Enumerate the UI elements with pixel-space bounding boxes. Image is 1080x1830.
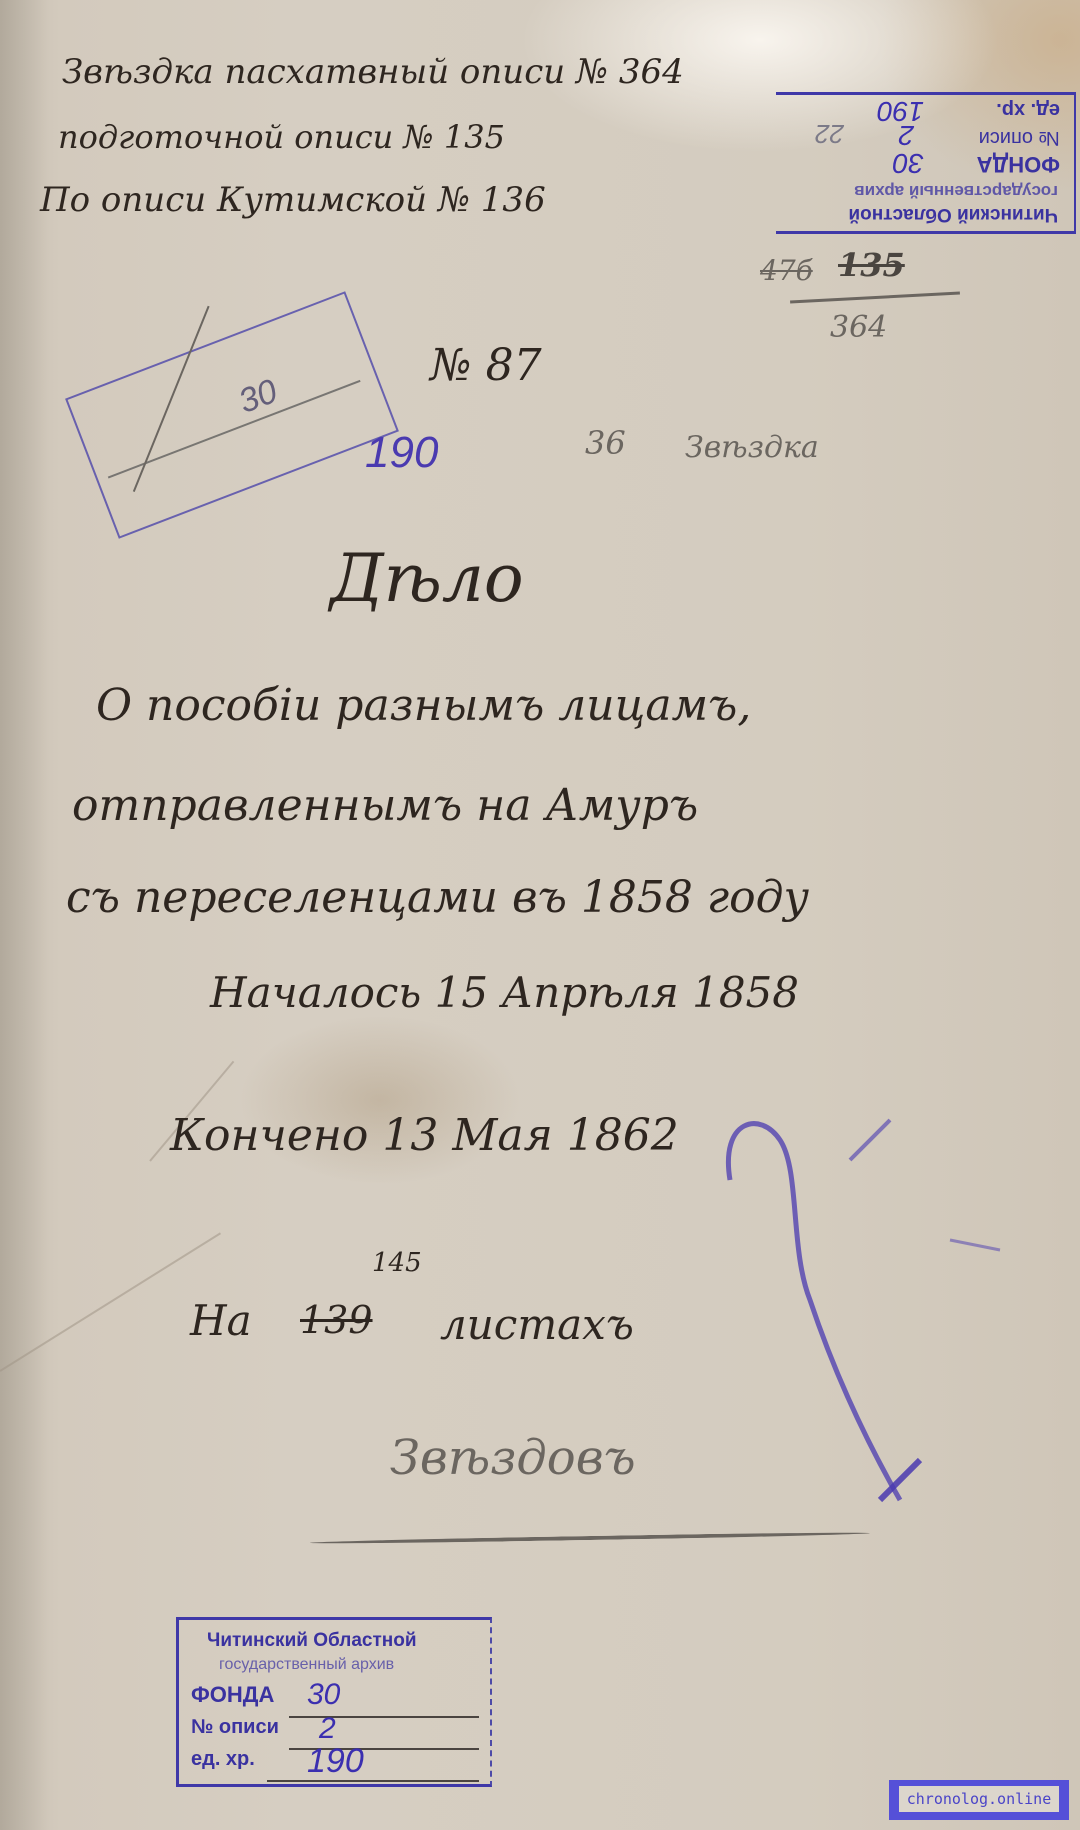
signature-underline bbox=[310, 1531, 870, 1545]
stamp-unit-label: ед. хр. bbox=[191, 1748, 255, 1771]
end-date: Кончено 13 Мая 1862 bbox=[170, 1110, 679, 1161]
document-page: Звѣзд­ка пасхатвный описи № 364 подготоч… bbox=[0, 0, 1080, 1830]
header-line-3: По описи Кутимской № 136 bbox=[40, 180, 546, 220]
stamp-archive-name: Читинский Областной bbox=[848, 203, 1058, 225]
archive-stamp-middle: 30 bbox=[65, 291, 399, 539]
subject-line-3: съ переселенцами въ 1858 году bbox=[66, 872, 809, 923]
case-number: № 87 bbox=[430, 340, 542, 391]
stamp-fond-value: 30 bbox=[234, 372, 283, 422]
sheets-new-count: 145 bbox=[372, 1248, 422, 1278]
archive-stamp-top: Читинский Областной государственный архи… bbox=[776, 92, 1076, 234]
stamp-unit-value: 190 bbox=[307, 1742, 364, 1781]
archive-number-divider bbox=[790, 292, 960, 304]
stamp-fond-value: 30 bbox=[307, 1678, 340, 1712]
header-line-2: подготочной описи № 135 bbox=[58, 118, 505, 156]
stamp-archive-subname: государственный архив bbox=[219, 1656, 394, 1674]
stamp-fond-value: 30 bbox=[893, 147, 924, 179]
sheets-old-count: 139 bbox=[300, 1298, 373, 1342]
subject-line-2: отправленнымъ на Амуръ bbox=[72, 780, 698, 831]
sheets-suffix: листахъ bbox=[440, 1300, 634, 1349]
current-archive-number: 364 bbox=[830, 310, 887, 345]
blue-number: 190 bbox=[365, 428, 438, 478]
side-note-word: Звѣзд­ка bbox=[685, 430, 819, 465]
stamp-line bbox=[289, 1716, 479, 1718]
stamp-line bbox=[267, 1780, 479, 1782]
crossed-archive-number-2: 135 bbox=[838, 246, 905, 284]
stamp-archive-name: Читинский Областной bbox=[207, 1630, 417, 1652]
archive-stamp-bottom: Читинский Областной государственный архи… bbox=[176, 1617, 492, 1787]
stamp-unit-label: ед. хр. bbox=[996, 98, 1060, 121]
stamp-archive-subname: государственный архив bbox=[854, 181, 1058, 201]
subject-line-1: О пособіи разнымъ лицамъ, bbox=[96, 680, 751, 731]
crossed-archive-number-1: 47б bbox=[760, 254, 813, 287]
stamp-opis-value: 2 bbox=[319, 1712, 336, 1746]
header-line-1: Звѣзд­ка пасхатвный описи № 364 bbox=[62, 52, 684, 92]
stamp-unit-value: 190 bbox=[877, 95, 924, 127]
signature: Звѣздовъ bbox=[390, 1430, 636, 1486]
stamp-fond-label: ФОНДА bbox=[191, 1682, 274, 1708]
side-note-number: 36 bbox=[585, 424, 626, 462]
start-date: Началось 15 Апрѣля 1858 bbox=[210, 968, 799, 1017]
stamp-opis-label: № описи bbox=[979, 126, 1060, 149]
stamp-opis-label: № описи bbox=[191, 1716, 279, 1739]
blue-pencil-mark bbox=[700, 1100, 1020, 1520]
paper-crease bbox=[0, 1232, 221, 1371]
watermark-badge: chronolog.online bbox=[889, 1780, 1069, 1820]
stamp-pencil-number: 22 bbox=[815, 118, 844, 149]
stamp-fond-label: ФОНДА bbox=[977, 151, 1060, 177]
document-title: Дѣло bbox=[330, 540, 524, 617]
sheets-prefix: На bbox=[190, 1296, 252, 1345]
watermark-text: chronolog.online bbox=[899, 1786, 1059, 1812]
